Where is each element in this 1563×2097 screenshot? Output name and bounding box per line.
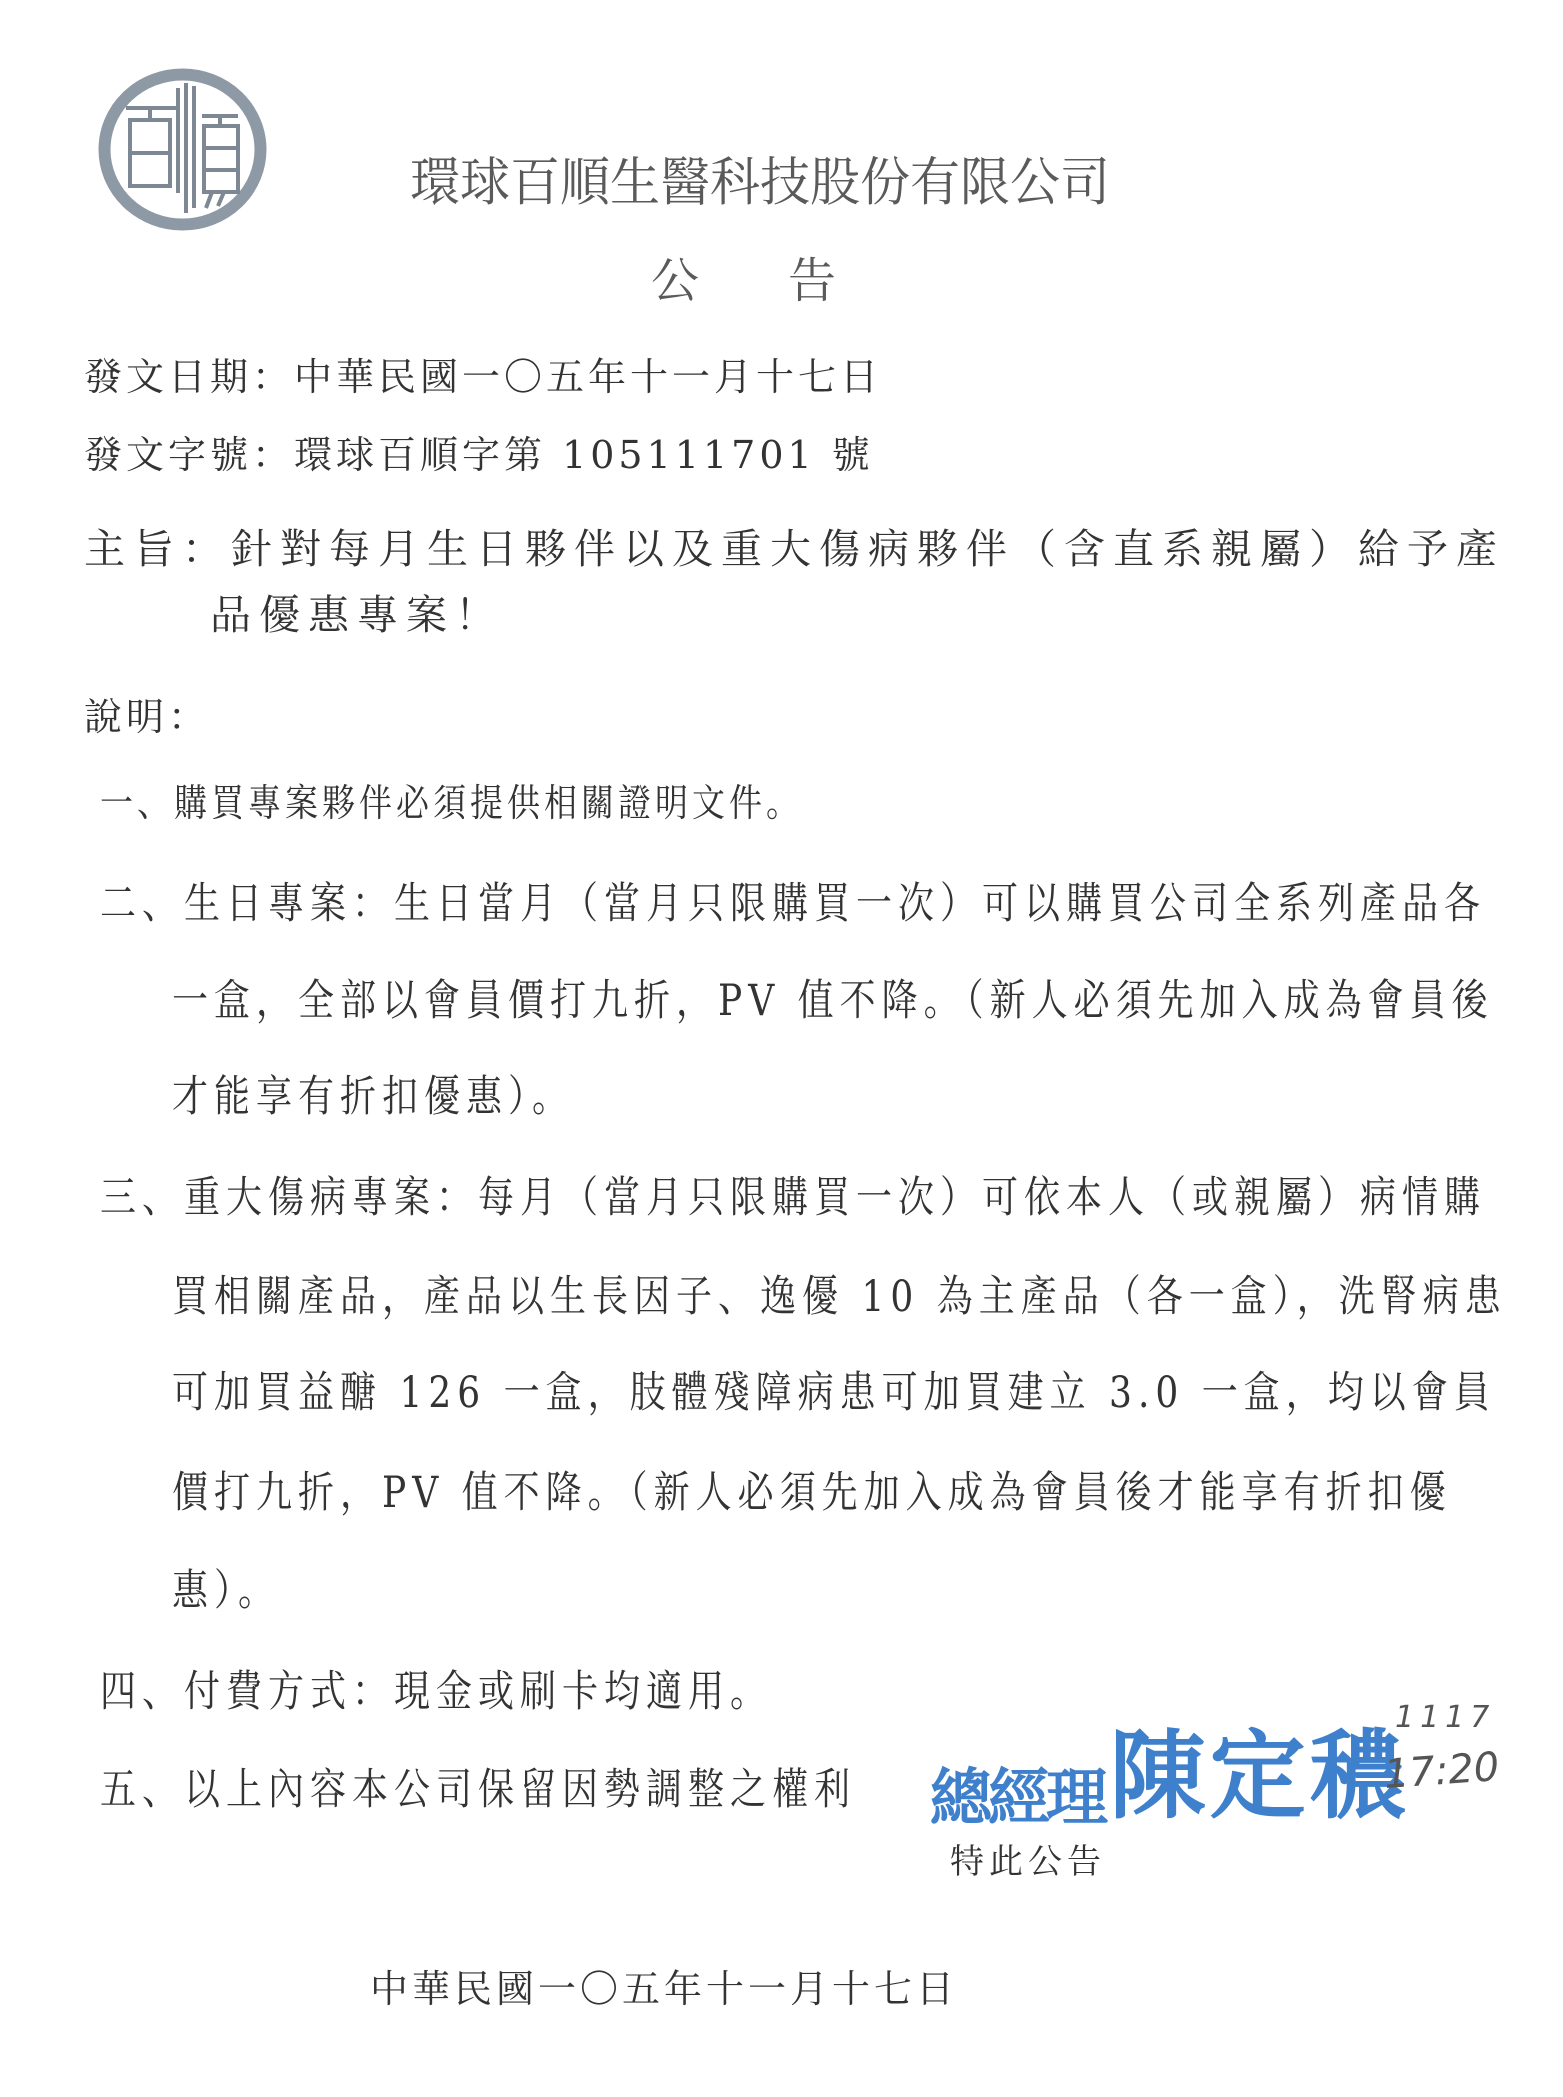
signature-name: 陳定穠 xyxy=(1110,1720,1410,1832)
explanation-item-3-line-4: 價打九折，PV 值不降。（新人必須先加入成為會員後才能享有折扣優 xyxy=(172,1459,1452,1520)
issue-number: 發文字號：環球百順字第 105111701 號 xyxy=(84,424,874,479)
signature-title: 總經理 xyxy=(930,1761,1104,1834)
company-name: 環球百順生醫科技股份有限公司 xyxy=(410,140,1110,216)
explanation-item-1: 一、購買專案夥伴必須提供相關證明文件。 xyxy=(100,773,803,827)
explanation-item-3-line-5: 惠）。 xyxy=(172,1557,280,1618)
explanation-item-2-line-1: 二、生日專案：生日當月（當月只限購買一次）可以購買公司全系列產品各 xyxy=(100,870,1486,931)
issue-date: 發文日期：中華民國一〇五年十一月十七日 xyxy=(84,346,882,401)
notice-title-char-2: 告 xyxy=(788,242,836,311)
closing-date: 中華民國一〇五年十一月十七日 xyxy=(370,1958,958,2013)
explanation-item-2-line-2: 一盒，全部以會員價打九折，PV 值不降。（新人必須先加入成為會員後 xyxy=(172,967,1494,1028)
handwritten-time: 17:20 xyxy=(1383,1744,1501,1798)
explanation-item-3-line-1: 三、重大傷病專案：每月（當月只限購買一次）可依本人（或親屬）病情購 xyxy=(100,1164,1486,1225)
closing-text: 特此公告 xyxy=(950,1834,1106,1883)
explanation-item-5: 五、以上內容本公司保留因勢調整之權利 xyxy=(100,1756,856,1817)
explanation-item-3-line-2: 買相關產品，產品以生長因子、逸優 10 為主產品（各一盒），洗腎病患 xyxy=(172,1263,1507,1324)
subject-line-2: 品優惠專案！ xyxy=(210,582,504,641)
explanation-label: 說明： xyxy=(84,686,210,741)
explanation-item-4: 四、付費方式：現金或刷卡均適用。 xyxy=(100,1658,772,1719)
explanation-item-2-line-3: 才能享有折扣優惠）。 xyxy=(172,1063,574,1124)
logo-emblem-icon xyxy=(98,68,267,231)
notice-title-char-1: 公 xyxy=(651,242,699,311)
subject-line-1: 主旨：針對每月生日夥伴以及重大傷病夥伴（含直系親屬）給予產 xyxy=(84,516,1505,575)
signature-stamp: 總經理 陳定穠 xyxy=(930,1700,1410,1837)
handwritten-date: 1117 xyxy=(1395,1700,1495,1735)
explanation-item-3-line-3: 可加買益醣 126 一盒，肢體殘障病患可加買建立 3.0 一盒，均以會員 xyxy=(172,1359,1496,1420)
company-logo xyxy=(98,68,267,231)
